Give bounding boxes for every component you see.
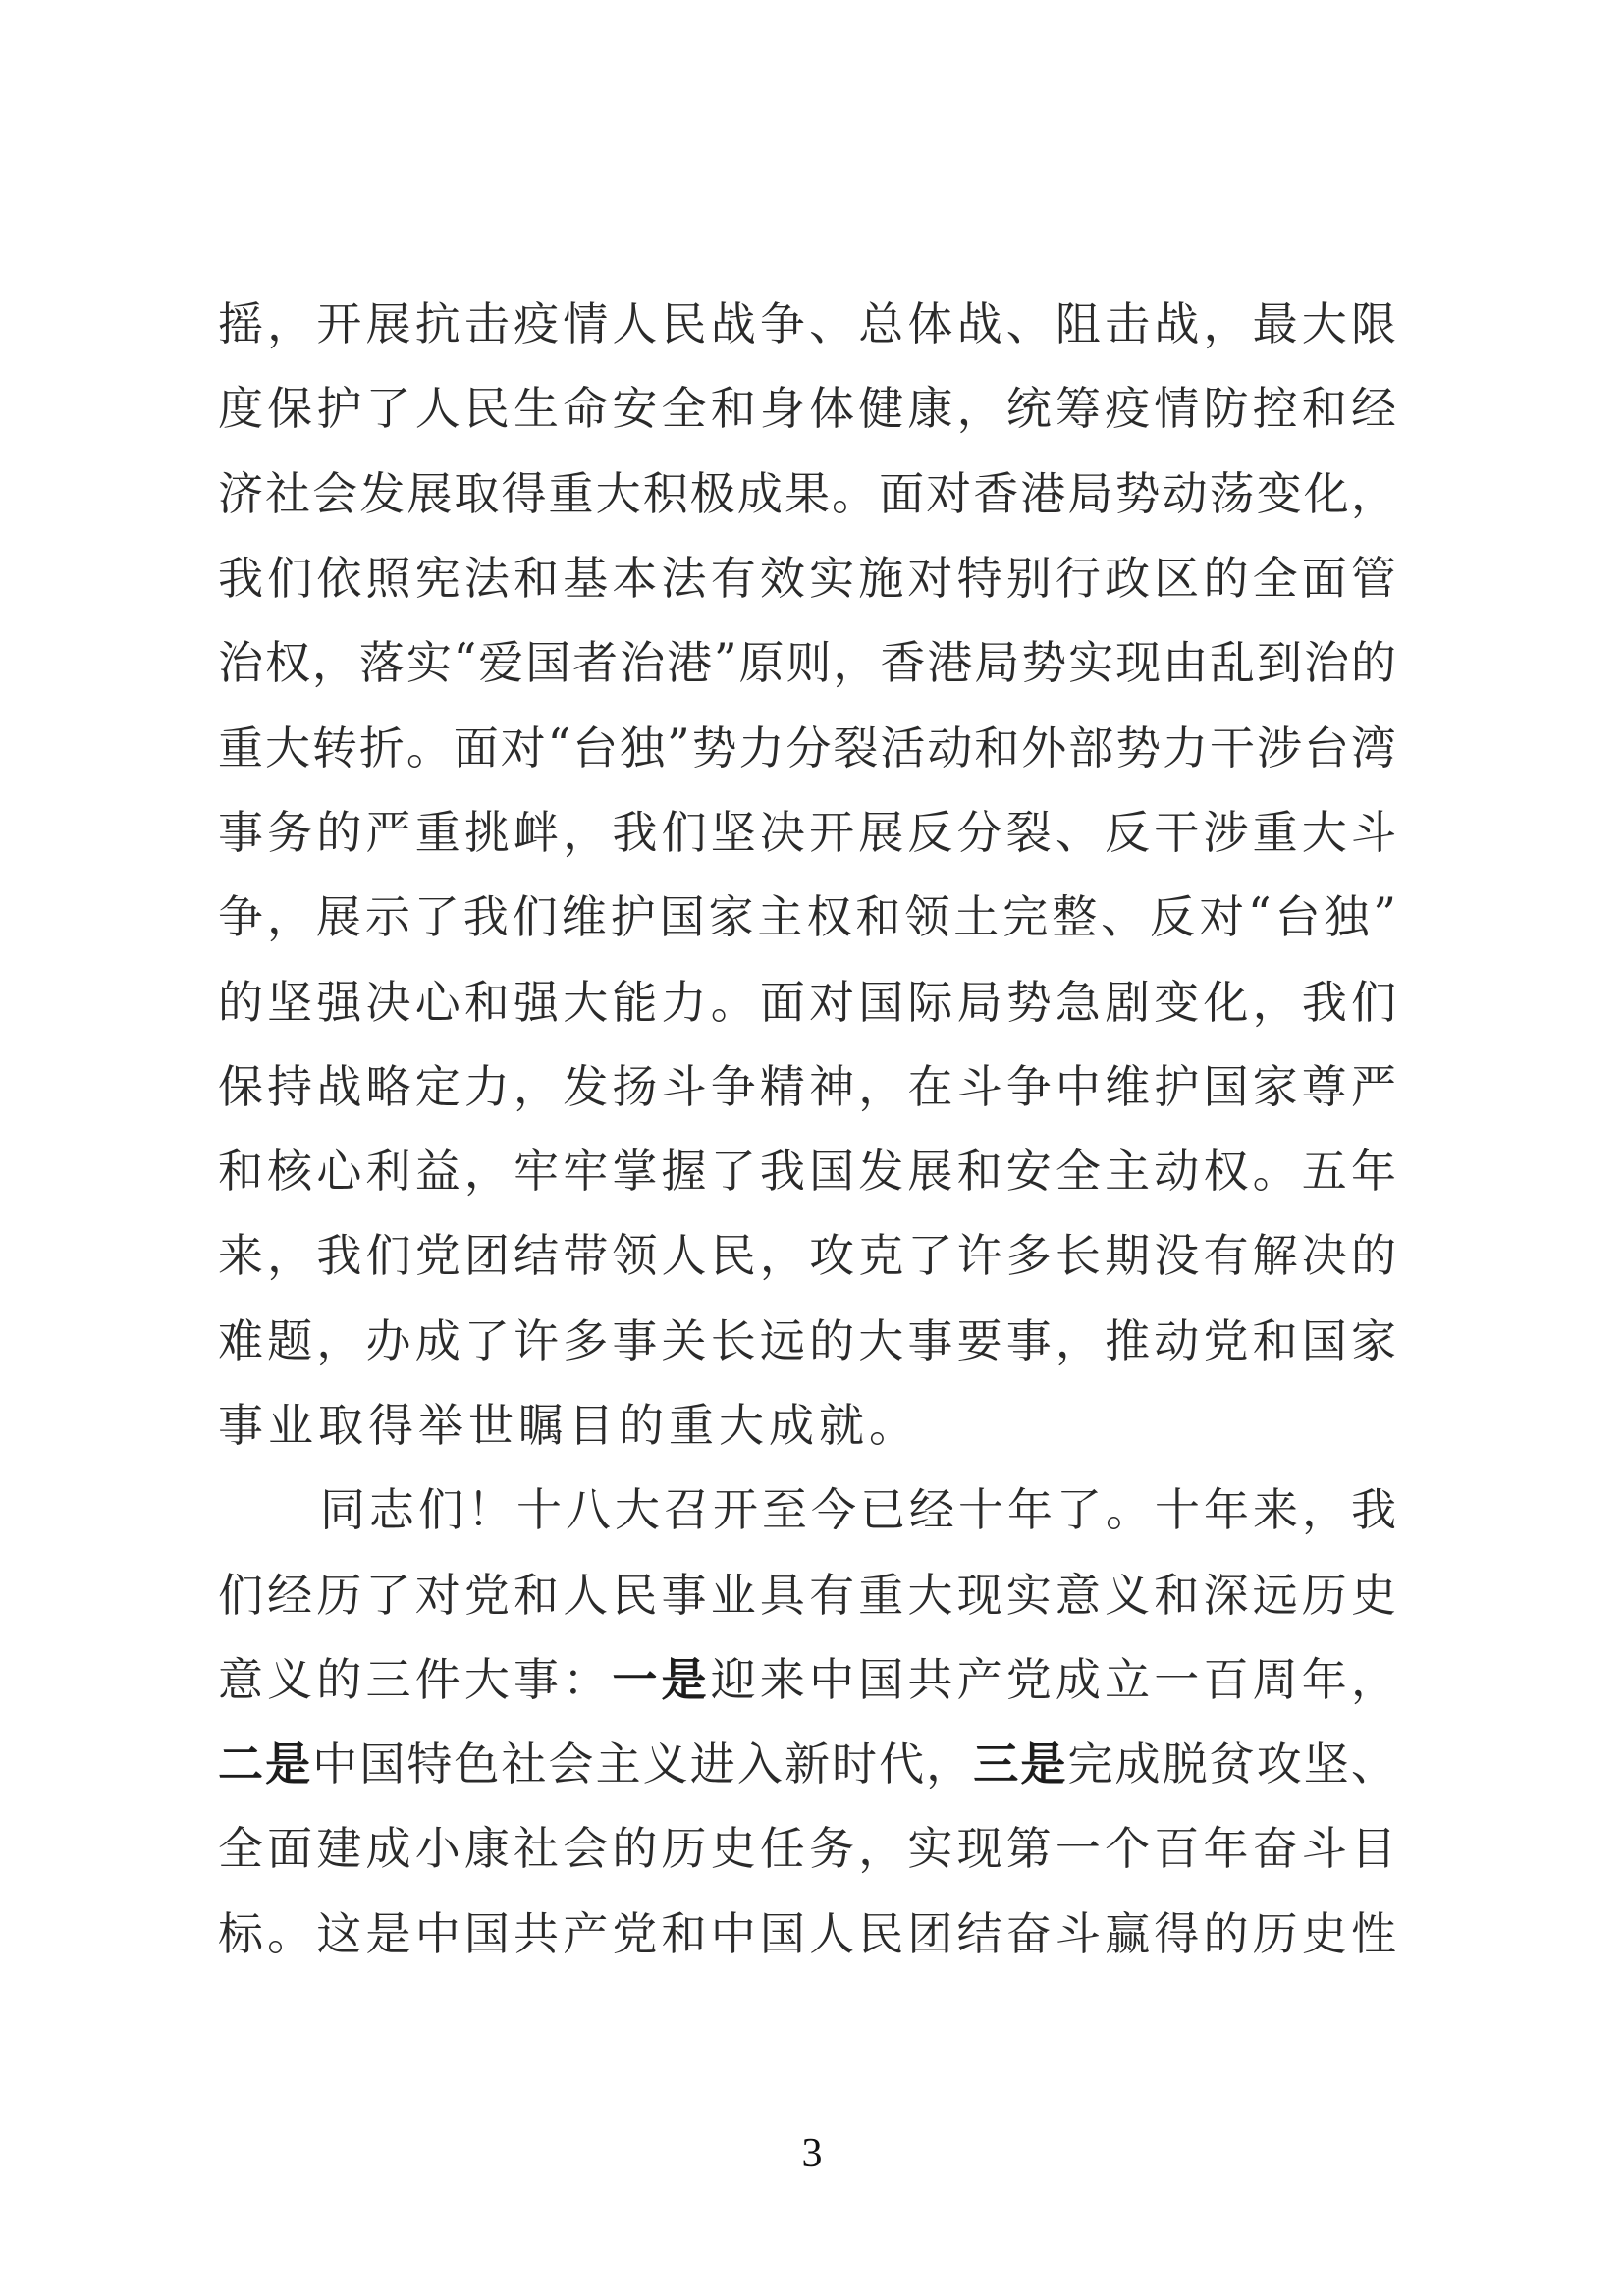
char: 局 bbox=[957, 967, 1002, 1032]
char: 乱 bbox=[1210, 627, 1255, 692]
char: 港 bbox=[1020, 458, 1065, 523]
char: 建 bbox=[316, 1813, 361, 1878]
char: 多 bbox=[563, 1306, 608, 1370]
char: 决 bbox=[760, 797, 805, 862]
char: 党 bbox=[612, 1898, 657, 1963]
char: 团 bbox=[464, 1220, 510, 1285]
char: 示 bbox=[365, 881, 410, 946]
char: 康 bbox=[464, 1813, 510, 1878]
char: 时 bbox=[832, 1729, 877, 1793]
char: 度 bbox=[218, 373, 263, 438]
char: 全 bbox=[1056, 1136, 1101, 1201]
char: 大 bbox=[719, 1390, 764, 1455]
char: 反 bbox=[1150, 881, 1195, 946]
char: 世 bbox=[468, 1390, 514, 1455]
char: 全 bbox=[218, 1813, 263, 1878]
char: 志 bbox=[369, 1474, 414, 1539]
char: 国 bbox=[464, 1898, 510, 1963]
char: 会 bbox=[563, 1813, 608, 1878]
char: 。 bbox=[1106, 1474, 1151, 1539]
char: 的 bbox=[619, 1390, 664, 1455]
char: 照 bbox=[366, 543, 411, 608]
char: 限 bbox=[1351, 289, 1396, 353]
char: 八 bbox=[566, 1474, 611, 1539]
char: 一 bbox=[1154, 1644, 1199, 1709]
text-line: 们经历了对党和人民事业具有重大现实意义和深远历史 bbox=[218, 1549, 1396, 1633]
char: 大 bbox=[1302, 289, 1347, 353]
char: 决 bbox=[366, 967, 411, 1032]
char: 民 bbox=[464, 373, 510, 438]
char: 干 bbox=[1154, 797, 1199, 862]
char: 香 bbox=[880, 627, 925, 692]
char: 重 bbox=[218, 713, 263, 777]
char: 社 bbox=[514, 1813, 559, 1878]
char: 急 bbox=[1056, 967, 1101, 1032]
char: 十 bbox=[1155, 1474, 1200, 1539]
char: 成 bbox=[366, 1813, 411, 1878]
char: ！ bbox=[467, 1474, 513, 1539]
char: 个 bbox=[1105, 1813, 1150, 1878]
char: 脱 bbox=[1163, 1729, 1208, 1793]
char: 实 bbox=[907, 1813, 952, 1878]
char: 会 bbox=[549, 1729, 594, 1793]
char: 权 bbox=[1203, 1136, 1248, 1201]
char: 来 bbox=[1253, 1474, 1298, 1539]
char: 宪 bbox=[415, 543, 460, 608]
char: 面 bbox=[454, 713, 499, 777]
char: 斗 bbox=[957, 1051, 1002, 1116]
char: 进 bbox=[690, 1729, 735, 1793]
char: 台 bbox=[1275, 881, 1321, 946]
char: 健 bbox=[858, 373, 903, 438]
char: 治 bbox=[620, 627, 665, 692]
char: 决 bbox=[1302, 1220, 1347, 1285]
char: 斗 bbox=[1351, 797, 1396, 862]
char: 体 bbox=[907, 289, 952, 353]
char: 变 bbox=[1154, 967, 1199, 1032]
char: 。 bbox=[832, 458, 877, 523]
char: 人 bbox=[563, 1560, 608, 1625]
char: ， bbox=[833, 627, 878, 692]
char: 护 bbox=[611, 881, 656, 946]
char: 法 bbox=[464, 543, 510, 608]
char: 取 bbox=[318, 1390, 363, 1455]
char: 年 bbox=[1203, 1813, 1248, 1878]
char: 爱 bbox=[478, 627, 523, 692]
char: 效 bbox=[760, 543, 805, 608]
char: 、 bbox=[809, 289, 854, 353]
emphasis-char: 一 bbox=[612, 1644, 657, 1709]
char: 动 bbox=[927, 713, 972, 777]
emphasis-char: 二 bbox=[218, 1729, 263, 1793]
char: 展 bbox=[366, 289, 411, 353]
char: 难 bbox=[218, 1306, 263, 1370]
char: ” bbox=[1373, 887, 1396, 940]
char: 战 bbox=[711, 289, 756, 353]
char: 强 bbox=[514, 967, 559, 1032]
char: 扬 bbox=[612, 1051, 657, 1116]
char: 力 bbox=[739, 713, 785, 777]
char: 这 bbox=[316, 1898, 361, 1963]
char: 团 bbox=[907, 1898, 952, 1963]
text-line: 意义的三件大事：一是迎来中国共产党成立一百周年， bbox=[218, 1634, 1396, 1719]
char: 治 bbox=[218, 627, 263, 692]
char: 生 bbox=[514, 373, 559, 438]
char: 势 bbox=[1006, 967, 1052, 1032]
char: 办 bbox=[366, 1306, 411, 1370]
char: 核 bbox=[267, 1136, 312, 1201]
text-line: 事务的严重挑衅，我们坚决开展反分裂、反干涉重大斗 bbox=[218, 787, 1396, 872]
char: 重 bbox=[415, 797, 460, 862]
char: 势 bbox=[1021, 627, 1066, 692]
char: 成 bbox=[737, 458, 783, 523]
char: “ bbox=[454, 633, 477, 686]
char: 面 bbox=[267, 1813, 312, 1878]
char: 史 bbox=[711, 1813, 756, 1878]
char: 业 bbox=[268, 1390, 313, 1455]
char: 极 bbox=[690, 458, 735, 523]
char: 推 bbox=[1105, 1306, 1150, 1370]
char: 期 bbox=[1105, 1220, 1150, 1285]
char: 了 bbox=[366, 1560, 411, 1625]
char: 力 bbox=[464, 1051, 510, 1116]
char: 台 bbox=[572, 713, 618, 777]
char: 强 bbox=[316, 967, 361, 1032]
char: 湾 bbox=[1351, 713, 1396, 777]
char: 重 bbox=[1253, 797, 1298, 862]
char: 和 bbox=[514, 1560, 559, 1625]
emphasis-char: 是 bbox=[1020, 1729, 1065, 1793]
char: 小 bbox=[415, 1813, 460, 1878]
char: 区 bbox=[1154, 543, 1199, 608]
char: 主 bbox=[757, 881, 802, 946]
char: ， bbox=[514, 1051, 559, 1116]
char: 今 bbox=[811, 1474, 856, 1539]
char: 新 bbox=[785, 1729, 830, 1793]
char: 特 bbox=[406, 1729, 452, 1793]
char: 原 bbox=[739, 627, 785, 692]
char: 分 bbox=[785, 713, 831, 777]
char: 事 bbox=[662, 1560, 707, 1625]
char: 国 bbox=[858, 967, 903, 1032]
char: 略 bbox=[366, 1051, 411, 1116]
char: 我 bbox=[760, 1136, 805, 1201]
text-line: 事业取得举世瞩目的重大成就。 bbox=[218, 1380, 1396, 1465]
char: 意 bbox=[1056, 1560, 1101, 1625]
char: 赢 bbox=[1105, 1898, 1150, 1963]
char: 历 bbox=[1302, 1560, 1347, 1625]
char: 和 bbox=[218, 1136, 263, 1201]
char: 和 bbox=[711, 373, 756, 438]
char: 和 bbox=[464, 967, 510, 1032]
char: 史 bbox=[1351, 1560, 1396, 1625]
char: 人 bbox=[612, 289, 657, 353]
char: 反 bbox=[1105, 797, 1150, 862]
text-line: 来，我们党团结带领人民，攻克了许多长期没有解决的 bbox=[218, 1210, 1396, 1295]
char: 领 bbox=[904, 881, 949, 946]
char: 色 bbox=[454, 1729, 499, 1793]
char: 局 bbox=[974, 627, 1019, 692]
document-page: 摇，开展抗击疫情人民战争、总体战、阻击战，最大限度保护了人民生命安全和身体健康，… bbox=[0, 0, 1624, 2296]
char: 全 bbox=[1253, 543, 1298, 608]
char: 命 bbox=[563, 373, 608, 438]
char: 领 bbox=[612, 1220, 657, 1285]
emphasis-char: 是 bbox=[265, 1729, 310, 1793]
char: 十 bbox=[516, 1474, 562, 1539]
char: 统 bbox=[1006, 373, 1052, 438]
char: 治 bbox=[1304, 627, 1349, 692]
char: 握 bbox=[662, 1136, 707, 1201]
char: 的 bbox=[218, 967, 263, 1032]
char: 力 bbox=[662, 967, 707, 1032]
char: 。 bbox=[711, 967, 756, 1032]
char: 大 bbox=[907, 1560, 952, 1625]
char: 总 bbox=[858, 289, 903, 353]
char: 的 bbox=[612, 1813, 657, 1878]
char: 全 bbox=[662, 373, 707, 438]
char: 台 bbox=[1304, 713, 1349, 777]
char: 到 bbox=[1257, 627, 1302, 692]
char: 许 bbox=[514, 1306, 559, 1370]
char: 产 bbox=[563, 1898, 608, 1963]
char: 抗 bbox=[415, 289, 460, 353]
char: 重 bbox=[549, 458, 594, 523]
char: 多 bbox=[1006, 1220, 1052, 1285]
char: 历 bbox=[316, 1560, 361, 1625]
char: ” bbox=[667, 719, 690, 772]
char: 和 bbox=[1302, 373, 1347, 438]
char: 则 bbox=[785, 627, 831, 692]
text-line: 标。这是中国共产党和中国人民团结奋斗赢得的历史性 bbox=[218, 1889, 1396, 1973]
char: 身 bbox=[760, 373, 805, 438]
char: 们 bbox=[418, 1474, 463, 1539]
char: 疫 bbox=[1105, 373, 1150, 438]
char: 转 bbox=[312, 713, 357, 777]
char: 依 bbox=[316, 543, 361, 608]
char: 我 bbox=[218, 543, 263, 608]
char: 主 bbox=[1105, 1136, 1150, 1201]
char: 落 bbox=[359, 627, 405, 692]
char: 由 bbox=[1163, 627, 1208, 692]
char: 。 bbox=[267, 1898, 312, 1963]
char: 中 bbox=[415, 1898, 460, 1963]
char: 开 bbox=[713, 1474, 758, 1539]
char: ， bbox=[858, 1051, 903, 1116]
char: 中 bbox=[1056, 1051, 1101, 1116]
char: 管 bbox=[1351, 543, 1396, 608]
char: 事 bbox=[907, 1306, 952, 1370]
char: 完 bbox=[1067, 1729, 1112, 1793]
char: 最 bbox=[1253, 289, 1298, 353]
char: ， bbox=[926, 1729, 971, 1793]
char: 我 bbox=[1302, 967, 1347, 1032]
char: 一 bbox=[1056, 1813, 1101, 1878]
char: 义 bbox=[267, 1644, 312, 1709]
char: 党 bbox=[415, 1220, 460, 1285]
char: 的 bbox=[1203, 543, 1248, 608]
char: 发 bbox=[563, 1051, 608, 1116]
char: 定 bbox=[415, 1051, 460, 1116]
char: 取 bbox=[454, 458, 499, 523]
char: 克 bbox=[858, 1220, 903, 1285]
char: 保 bbox=[267, 373, 312, 438]
char: 经 bbox=[1351, 373, 1396, 438]
char: 势 bbox=[1115, 713, 1161, 777]
char: 年 bbox=[1007, 1474, 1053, 1539]
char: 和 bbox=[974, 713, 1019, 777]
char: 经 bbox=[267, 1560, 312, 1625]
char: 有 bbox=[711, 543, 756, 608]
char: 有 bbox=[809, 1560, 854, 1625]
char: 整 bbox=[1052, 881, 1097, 946]
char: 国 bbox=[359, 1729, 405, 1793]
text-line: 全面建成小康社会的历史任务，实现第一个百年奋斗目 bbox=[218, 1803, 1396, 1888]
char: 和 bbox=[855, 881, 900, 946]
char: 积 bbox=[643, 458, 688, 523]
char: 民 bbox=[711, 1220, 756, 1285]
char: 有 bbox=[1203, 1220, 1248, 1285]
text-line: 治权，落实“爱国者治港”原则，香港局势实现由乱到治的 bbox=[218, 617, 1396, 702]
char: 年 bbox=[1204, 1474, 1249, 1539]
char: 目 bbox=[1351, 1813, 1396, 1878]
char: 产 bbox=[957, 1644, 1002, 1709]
char: 体 bbox=[809, 373, 854, 438]
char: 裂 bbox=[833, 713, 878, 777]
char: 的 bbox=[809, 1306, 854, 1370]
char: 战 bbox=[1154, 289, 1199, 353]
char: 展 bbox=[858, 797, 903, 862]
char: 实 bbox=[809, 543, 854, 608]
char: 维 bbox=[1105, 1051, 1150, 1116]
char: 的 bbox=[1203, 1898, 1248, 1963]
char: 实 bbox=[1006, 1560, 1052, 1625]
char: 会 bbox=[312, 458, 357, 523]
char: 大 bbox=[858, 1306, 903, 1370]
text-line: 度保护了人民生命安全和身体健康，统筹疫情防控和经 bbox=[218, 363, 1396, 448]
char: 民 bbox=[662, 289, 707, 353]
char: ， bbox=[464, 1136, 510, 1201]
text-line: 争，展示了我们维护国家主权和领土完整、反对“台独” bbox=[218, 872, 1396, 956]
char: 展 bbox=[406, 458, 452, 523]
char: 发 bbox=[858, 1136, 903, 1201]
char: 面 bbox=[1302, 543, 1347, 608]
text-line: 摇，开展抗击疫情人民战争、总体战、阻击战，最大限 bbox=[218, 279, 1396, 363]
char: 大 bbox=[615, 1474, 660, 1539]
char: 完 bbox=[1002, 881, 1048, 946]
char: 十 bbox=[958, 1474, 1003, 1539]
char: 年 bbox=[1302, 1644, 1347, 1709]
char: 历 bbox=[662, 1813, 707, 1878]
text-line: 难题，办成了许多事关长远的大事要事，推动党和国家 bbox=[218, 1296, 1396, 1380]
char: 结 bbox=[957, 1898, 1002, 1963]
char: 的 bbox=[1351, 1220, 1396, 1285]
char: 安 bbox=[612, 373, 657, 438]
char: 化 bbox=[1304, 458, 1349, 523]
char: 动 bbox=[1154, 1136, 1199, 1201]
char: 济 bbox=[218, 458, 263, 523]
char: 荡 bbox=[1210, 458, 1255, 523]
char: “ bbox=[548, 719, 571, 772]
emphasis-char: 三 bbox=[973, 1729, 1018, 1793]
char: 对 bbox=[415, 1560, 460, 1625]
char: 长 bbox=[1056, 1220, 1101, 1285]
char: 国 bbox=[525, 627, 570, 692]
char: 动 bbox=[1163, 458, 1208, 523]
char: 的 bbox=[316, 797, 361, 862]
char: 展 bbox=[907, 1136, 952, 1201]
char: 神 bbox=[809, 1051, 854, 1116]
char: 社 bbox=[265, 458, 310, 523]
char: 大 bbox=[596, 458, 641, 523]
char: 了 bbox=[366, 373, 411, 438]
char: 共 bbox=[514, 1898, 559, 1963]
char: 中 bbox=[312, 1729, 357, 1793]
char: 百 bbox=[1154, 1813, 1199, 1878]
char: 者 bbox=[572, 627, 618, 692]
char: ， bbox=[267, 1220, 312, 1285]
char: 面 bbox=[760, 967, 805, 1032]
char: 长 bbox=[711, 1306, 756, 1370]
char: 折 bbox=[359, 713, 405, 777]
char: 独 bbox=[1324, 881, 1369, 946]
char: 攻 bbox=[1257, 1729, 1302, 1793]
char: 务 bbox=[267, 797, 312, 862]
char: 结 bbox=[514, 1220, 559, 1285]
char: 主 bbox=[596, 1729, 641, 1793]
char: 成 bbox=[1056, 1644, 1101, 1709]
char: 五 bbox=[1302, 1136, 1347, 1201]
char: 是 bbox=[366, 1898, 411, 1963]
char: 百 bbox=[1203, 1644, 1248, 1709]
char: 业 bbox=[711, 1560, 756, 1625]
char: 成 bbox=[415, 1306, 460, 1370]
char: 人 bbox=[415, 373, 460, 438]
char: 护 bbox=[1154, 1051, 1199, 1116]
char: 严 bbox=[366, 797, 411, 862]
char: 战 bbox=[957, 289, 1002, 353]
text-line: 重大转折。面对“台独”势力分裂活动和外部势力干涉台湾 bbox=[218, 702, 1396, 786]
text-line: 同志们！十八大召开至今已经十年了。十年来，我 bbox=[218, 1465, 1396, 1549]
char: 三 bbox=[366, 1644, 411, 1709]
char: 持 bbox=[267, 1051, 312, 1116]
char: 势 bbox=[1114, 458, 1160, 523]
char: 变 bbox=[1257, 458, 1302, 523]
char: 人 bbox=[662, 1220, 707, 1285]
char: ， bbox=[957, 373, 1002, 438]
emphasis-char: 是 bbox=[662, 1644, 707, 1709]
char: 严 bbox=[1351, 1051, 1396, 1116]
char: 阻 bbox=[1056, 289, 1101, 353]
char: 意 bbox=[218, 1644, 263, 1709]
char: ， bbox=[312, 627, 357, 692]
char: ” bbox=[714, 633, 737, 686]
char: 保 bbox=[218, 1051, 263, 1116]
char: 、 bbox=[1006, 289, 1052, 353]
char: 和 bbox=[514, 543, 559, 608]
char: 攻 bbox=[809, 1220, 854, 1285]
char: 安 bbox=[1006, 1136, 1052, 1201]
char: 家 bbox=[1253, 1051, 1298, 1116]
page-number: 3 bbox=[0, 2130, 1624, 2177]
char: 筹 bbox=[1056, 373, 1101, 438]
char: 干 bbox=[1210, 713, 1255, 777]
char: 们 bbox=[366, 1220, 411, 1285]
char: 社 bbox=[501, 1729, 546, 1793]
char: 。 bbox=[1253, 1136, 1298, 1201]
char: 坚 bbox=[711, 797, 756, 862]
char: 经 bbox=[909, 1474, 954, 1539]
text-block: 摇，开展抗击疫情人民战争、总体战、阻击战，最大限度保护了人民生命安全和身体健康，… bbox=[218, 279, 1396, 1973]
